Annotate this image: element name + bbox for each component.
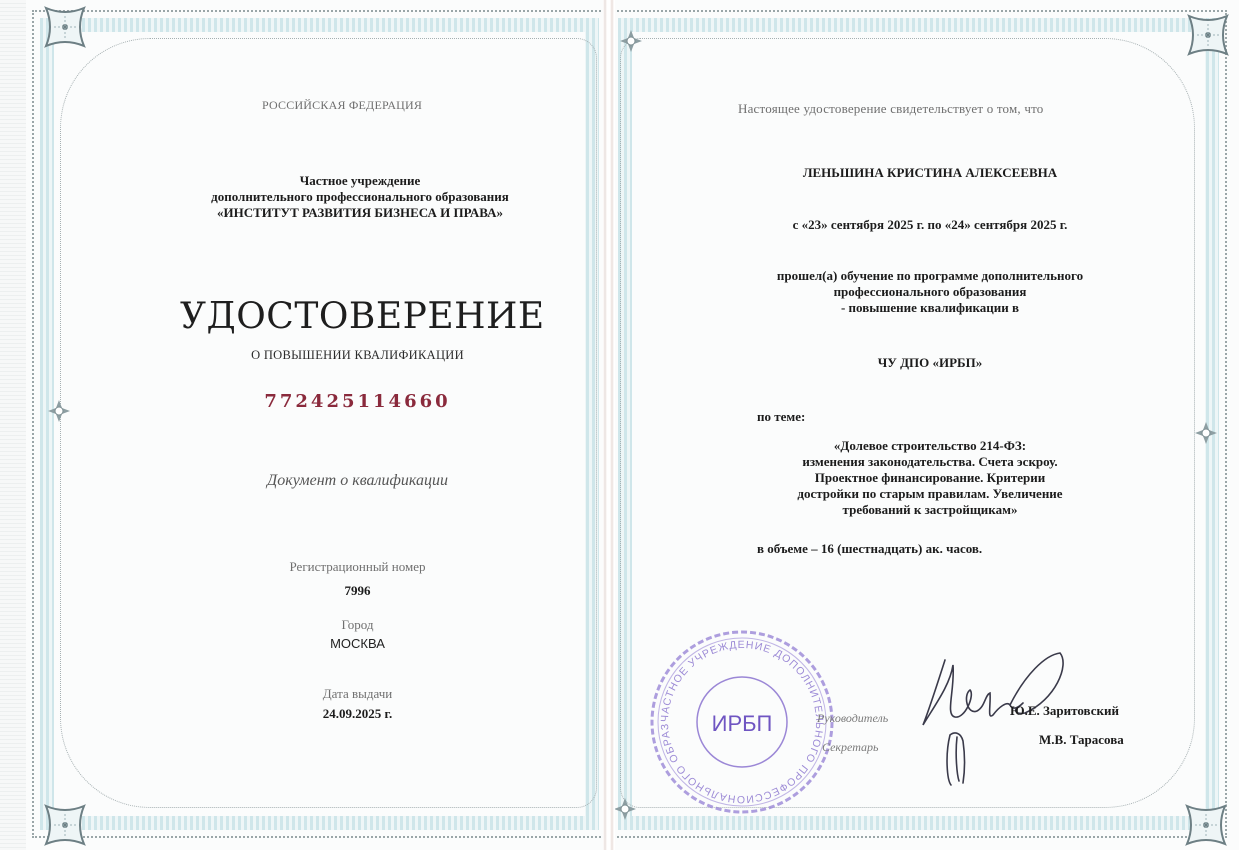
- institution-line: «ИНСТИТУТ РАЗВИТИЯ БИЗНЕСА И ПРАВА»: [180, 205, 540, 221]
- registration-label: Регистрационный номер: [180, 559, 535, 575]
- topic-line: Проектное финансирование. Критерии: [740, 470, 1120, 486]
- center-fold: [603, 0, 615, 850]
- program-line: профессионального образования: [740, 284, 1120, 300]
- serial-number: 772425114660: [180, 391, 535, 412]
- corner-ornament-icon: [42, 4, 88, 50]
- signatory-role: Руководитель: [817, 711, 888, 726]
- bottom-ornament-icon: [612, 796, 638, 822]
- issue-date-label: Дата выдачи: [180, 686, 535, 702]
- document-subtitle: О ПОВЫШЕНИИ КВАЛИФИКАЦИИ: [180, 348, 535, 363]
- side-ornament-icon: [46, 398, 72, 424]
- program-line: прошел(а) обучение по программе дополнит…: [740, 268, 1120, 284]
- topic-line: достройки по старым правилам. Увеличение: [740, 486, 1120, 502]
- program-description: прошел(а) обучение по программе дополнит…: [740, 268, 1120, 316]
- program-line: - повышение квалификации в: [740, 300, 1120, 316]
- institution-line: Частное учреждение: [180, 173, 540, 189]
- institution-name: Частное учреждение дополнительного профе…: [180, 173, 540, 221]
- country-heading: РОССИЙСКАЯ ФЕДЕРАЦИЯ: [262, 98, 422, 113]
- certifies-statement: Настоящее удостоверение свидетельствует …: [738, 101, 1043, 117]
- document-kind: Документ о квалификации: [180, 472, 535, 490]
- holder-full-name: ЛЕНЬШИНА КРИСТИНА АЛЕКСЕЕВНА: [740, 165, 1120, 181]
- issue-date: 24.09.2025 г.: [180, 706, 535, 722]
- institution-line: дополнительного профессионального образо…: [180, 189, 540, 205]
- signatory-role: Секретарь: [822, 740, 878, 755]
- city-value: МОСКВА: [180, 636, 535, 651]
- side-ornament-icon: [1193, 420, 1219, 446]
- document-title: УДОСТОВЕРЕНИЕ: [180, 296, 535, 337]
- corner-ornament-icon: [42, 802, 88, 848]
- institution-stamp: ЧАСТНОЕ УЧРЕЖДЕНИЕ ДОПОЛНИТЕЛЬНОГО ПРОФЕ…: [648, 628, 836, 816]
- registration-number: 7996: [180, 583, 535, 599]
- left-page: [22, 0, 605, 850]
- city-label: Город: [180, 617, 535, 633]
- training-period: с «23» сентября 2025 г. по «24» сентября…: [740, 217, 1120, 233]
- organization-name: ЧУ ДПО «ИРБП»: [740, 355, 1120, 371]
- course-hours: в объеме – 16 (шестнадцать) ак. часов.: [757, 541, 982, 557]
- corner-ornament-icon: [1183, 802, 1229, 848]
- signatory-name: Ю.Е. Заритовский: [1010, 703, 1119, 719]
- topic-line: изменения законодательства. Счета эскроу…: [740, 454, 1120, 470]
- corner-ornament-icon: [1185, 12, 1231, 58]
- signatory-name: М.В. Тарасова: [1039, 732, 1124, 748]
- top-ornament-icon: [618, 28, 644, 54]
- certificate-spread: РОССИЙСКАЯ ФЕДЕРАЦИЯ Частное учреждение …: [0, 0, 1239, 850]
- stamp-center-text: ИРБП: [712, 711, 773, 736]
- topic-label: по теме:: [757, 409, 805, 425]
- topic-line: «Долевое строительство 214-ФЗ:: [740, 438, 1120, 454]
- course-topic: «Долевое строительство 214-ФЗ: изменения…: [740, 438, 1120, 518]
- topic-line: требований к застройщикам»: [740, 502, 1120, 518]
